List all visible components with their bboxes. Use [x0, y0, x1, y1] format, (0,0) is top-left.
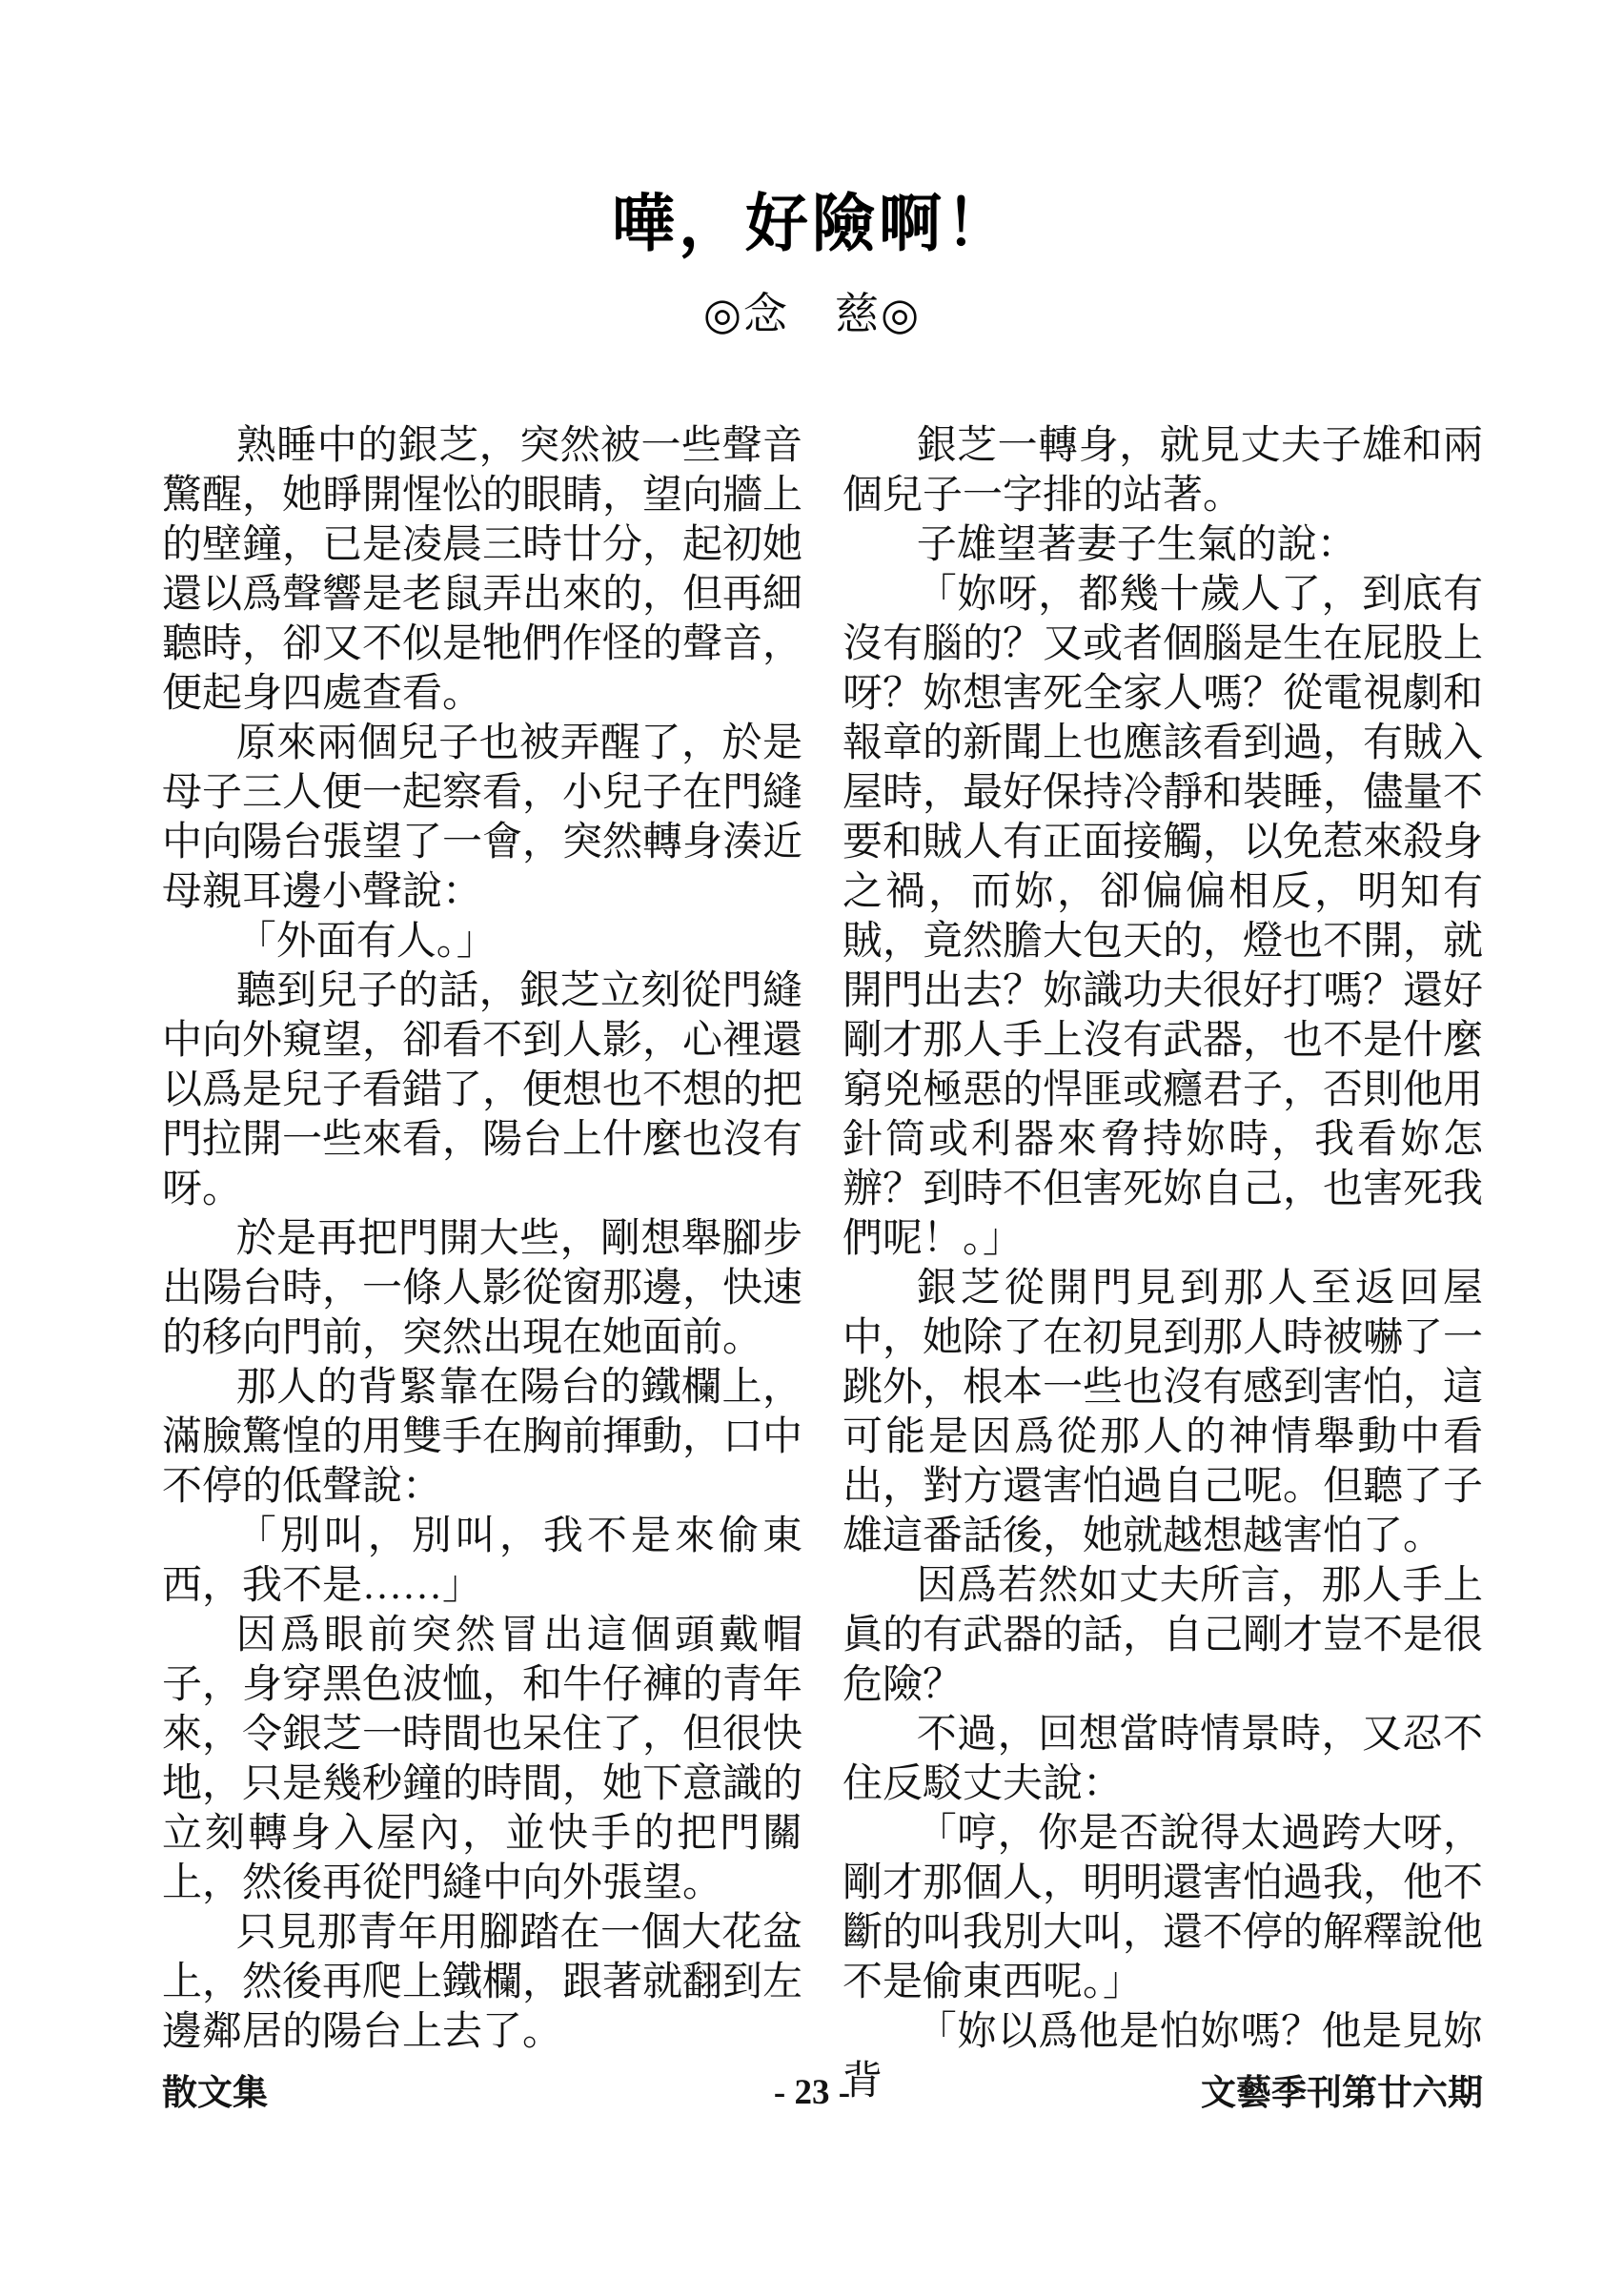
page-number: - 23 - [774, 2070, 850, 2116]
paragraph: 銀芝一轉身，就見丈夫子雄和兩個兒子一字排的站著。 [842, 421, 1483, 520]
magazine-page: 嘩，好險啊！ ◎念 慈◎ 熟睡中的銀芝，突然被一些聲音驚醒，她睜開惺忪的眼睛，望… [0, 0, 1624, 2277]
paragraph: 那人的背緊靠在陽台的鐵欄上，滿臉驚惶的用雙手在胸前揮動，口中不停的低聲說： [162, 1363, 802, 1512]
article-title: 嘩，好險啊！ [0, 187, 1624, 263]
right-column: 銀芝一轉身，就見丈夫子雄和兩個兒子一字排的站著。子雄望著妻子生氣的說：「妳呀，都… [842, 421, 1483, 2106]
paragraph: 因爲若然如丈夫所言，那人手上眞的有武器的話，自己剛才豈不是很危險？ [842, 1561, 1483, 1710]
paragraph: 「哼，你是否說得太過跨大呀，剛才那個人，明明還害怕過我，他不斷的叫我別大叫，還不… [842, 1809, 1483, 2007]
paragraph: 原來兩個兒子也被弄醒了，於是母子三人便一起察看，小兒子在門縫中向陽台張望了一會，… [162, 719, 802, 917]
paragraph: 不過，回想當時情景時，又忍不住反駁丈夫說： [842, 1710, 1483, 1809]
left-column: 熟睡中的銀芝，突然被一些聲音驚醒，她睜開惺忪的眼睛，望向牆上的壁鐘，已是凌晨三時… [162, 421, 802, 2106]
footer-publication-label: 文藝季刊第廿六期 [1201, 2070, 1483, 2116]
article-body: 熟睡中的銀芝，突然被一些聲音驚醒，她睜開惺忪的眼睛，望向牆上的壁鐘，已是凌晨三時… [162, 421, 1483, 2106]
paragraph: 只見那青年用腳踏在一個大花盆上，然後再爬上鐵欄，跟著就翻到左邊鄰居的陽台上去了。 [162, 1908, 802, 2057]
paragraph: 熟睡中的銀芝，突然被一些聲音驚醒，她睜開惺忪的眼睛，望向牆上的壁鐘，已是凌晨三時… [162, 421, 802, 719]
paragraph: 子雄望著妻子生氣的說： [842, 520, 1483, 570]
page-footer: 散文集 - 23 - 文藝季刊第廿六期 [0, 2070, 1624, 2116]
author-byline: ◎念 慈◎ [0, 286, 1624, 343]
paragraph: 「妳呀，都幾十歲人了，到底有沒有腦的？又或者個腦是生在屁股上呀？妳想害死全家人嗎… [842, 570, 1483, 1264]
paragraph: 於是再把門開大些，剛想舉腳步出陽台時，一條人影從窗那邊，快速的移向門前，突然出現… [162, 1214, 802, 1363]
paragraph: 聽到兒子的話，銀芝立刻從門縫中向外窺望，卻看不到人影，心裡還以爲是兒子看錯了，便… [162, 966, 802, 1214]
paragraph: 銀芝從開門見到那人至返回屋中，她除了在初見到那人時被嚇了一跳外，根本一些也沒有感… [842, 1264, 1483, 1561]
paragraph: 因爲眼前突然冒出這個頭戴帽子，身穿黑色波恤，和牛仔褲的青年來，令銀芝一時間也呆住… [162, 1611, 802, 1908]
paragraph: 「外面有人。」 [162, 917, 802, 966]
footer-section-label: 散文集 [162, 2070, 268, 2116]
paragraph: 「別叫，別叫，我不是來偷東西，我不是……」 [162, 1512, 802, 1611]
